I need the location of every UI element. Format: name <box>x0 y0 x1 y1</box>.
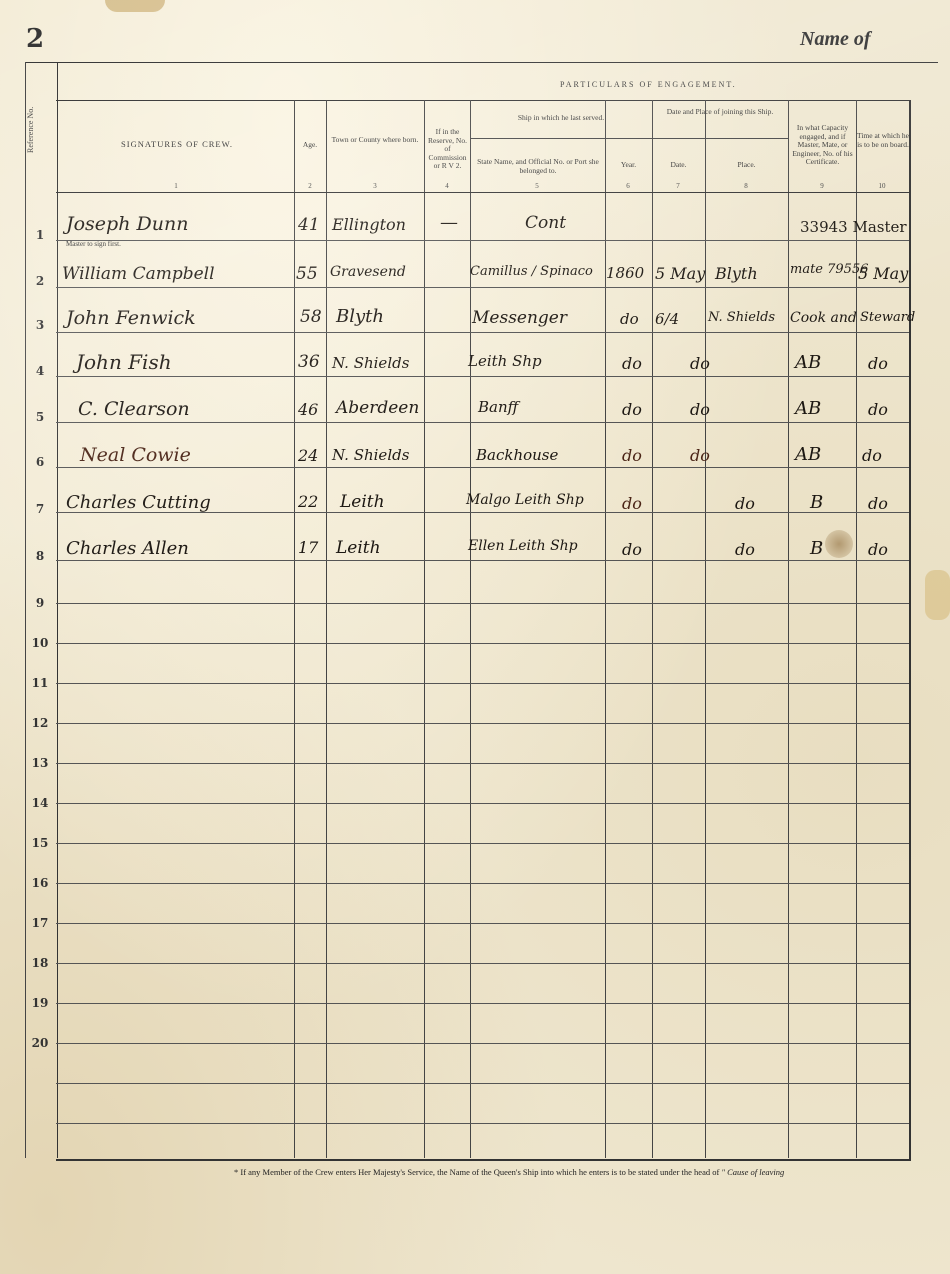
crew-signature: William Campbell <box>62 264 215 284</box>
crew-place: do <box>735 540 755 559</box>
edge-stain <box>925 570 950 620</box>
header-date: Date. <box>652 161 705 170</box>
crew-time: Steward <box>860 310 915 325</box>
row-rule <box>56 763 909 764</box>
col-number: 3 <box>365 182 385 190</box>
row-number: 2 <box>28 274 52 288</box>
crew-ship: Malgo Leith Shp <box>466 492 584 508</box>
section-title: PARTICULARS OF ENGAGEMENT. <box>560 80 737 89</box>
crew-age: 17 <box>298 538 318 557</box>
row-rule <box>56 467 909 468</box>
crew-signature: C. Clearson <box>78 398 190 420</box>
footnote-text: * If any Member of the Crew enters Her M… <box>234 1167 719 1177</box>
crew-age: 24 <box>298 446 318 465</box>
col-number: 5 <box>527 182 547 190</box>
crew-year: do <box>620 310 639 328</box>
crew-time: do <box>868 540 888 559</box>
crew-born: Leith <box>336 538 381 558</box>
crew-time: 5 May <box>858 264 908 283</box>
paper-stain <box>105 0 165 12</box>
header-reserve: If in the Reserve, No. of Commission or … <box>425 128 470 171</box>
row-number: 8 <box>28 549 52 563</box>
header-capacity: In what Capacity engaged, and if Master,… <box>789 124 856 167</box>
row-rule <box>56 803 909 804</box>
row-rule <box>56 287 909 288</box>
col-number: 7 <box>668 182 688 190</box>
crew-ship: Leith Shp <box>468 352 542 370</box>
header-age: Age. <box>294 141 326 150</box>
crew-date: do <box>622 354 642 373</box>
crew-capacity: 33943 Master <box>800 218 907 236</box>
row-rule <box>56 1003 909 1004</box>
crew-signature: John Fish <box>76 350 172 374</box>
row-rule <box>56 683 909 684</box>
col-number: 1 <box>166 182 186 190</box>
reference-no-label: Reference No. <box>26 100 54 160</box>
row-rule <box>56 843 909 844</box>
crew-born: Ellington <box>332 215 406 234</box>
crew-reserve: — <box>440 212 458 233</box>
header-ship-last-served: Ship in which he last served. <box>470 114 652 123</box>
crew-ship: Backhouse <box>476 446 558 464</box>
name-of-heading: Name of <box>800 28 871 51</box>
row-number: 18 <box>28 956 52 970</box>
row-rule <box>56 560 909 561</box>
row-rule <box>56 332 909 333</box>
crew-place: do <box>690 400 710 419</box>
col-divider <box>424 100 425 1158</box>
col-number: 6 <box>618 182 638 190</box>
row-rule <box>56 1123 909 1124</box>
master-sign-first-note: Master to sign first. <box>66 240 121 248</box>
crew-year: 1860 <box>606 264 644 282</box>
crew-age: 41 <box>298 215 320 235</box>
crew-age: 58 <box>300 307 322 327</box>
row-number: 6 <box>28 455 52 469</box>
col-number: 8 <box>736 182 756 190</box>
crew-capacity: B <box>810 538 823 559</box>
group-rule <box>470 138 652 139</box>
row-rule <box>56 1083 909 1084</box>
crew-age: 22 <box>298 492 318 511</box>
top-rule <box>26 62 938 63</box>
crew-place: Blyth <box>715 264 758 283</box>
crew-ship: Camillus / Spinaco <box>470 264 593 279</box>
row-number: 14 <box>28 796 52 810</box>
row-number: 3 <box>28 318 52 332</box>
col-divider <box>705 100 706 1158</box>
group-rule <box>652 138 788 139</box>
crew-born: Blyth <box>336 306 384 327</box>
header-ship-name: State Name, and Official No. or Port she… <box>474 158 602 175</box>
row-rule <box>56 376 909 377</box>
ink-blot <box>825 530 853 558</box>
page-number: 2 <box>26 24 44 54</box>
crew-age: 55 <box>296 264 318 284</box>
col-divider <box>294 100 295 1158</box>
header-year: Year. <box>605 161 652 170</box>
crew-date: 6/4 <box>655 310 679 328</box>
crew-ship: Cont <box>525 213 566 233</box>
crew-ship: Banff <box>478 398 518 416</box>
row-number: 5 <box>28 410 52 424</box>
row-rule <box>56 643 909 644</box>
crew-born: N. Shields <box>332 354 409 372</box>
col-number: 9 <box>812 182 832 190</box>
row-rule <box>56 883 909 884</box>
crew-capacity: AB <box>795 398 821 419</box>
row-number: 1 <box>28 228 52 242</box>
footnote: * If any Member of the Crew enters Her M… <box>234 1167 784 1177</box>
header-place: Place. <box>705 161 788 170</box>
crew-date: do <box>622 400 642 419</box>
crew-signature: Neal Cowie <box>80 444 191 466</box>
crew-capacity: Cook and <box>790 310 857 326</box>
col-divider <box>605 100 606 1158</box>
crew-signature: Joseph Dunn <box>66 213 188 235</box>
row-number: 9 <box>28 596 52 610</box>
col-divider <box>856 100 857 1158</box>
row-number: 10 <box>28 636 52 650</box>
crew-ship: Messenger <box>472 308 567 328</box>
row-number: 4 <box>28 364 52 378</box>
col-number: 10 <box>872 182 892 190</box>
crew-capacity: mate 79556 <box>790 262 868 277</box>
crew-time: do <box>868 494 888 513</box>
row-rule <box>56 422 909 423</box>
row-rule <box>56 923 909 924</box>
col-divider <box>788 100 789 1158</box>
footnote-italic: " Cause of leaving <box>721 1167 784 1177</box>
crew-table <box>56 100 911 1161</box>
crew-capacity: AB <box>795 352 821 373</box>
crew-place: do <box>690 354 710 373</box>
row-number: 17 <box>28 916 52 930</box>
crew-signature: Charles Allen <box>66 538 189 559</box>
row-number: 11 <box>28 676 52 690</box>
row-number: 13 <box>28 756 52 770</box>
col-number: 4 <box>437 182 457 190</box>
crew-date: do <box>622 494 642 513</box>
header-bottom-rule <box>56 192 909 193</box>
crew-place: N. Shields <box>708 310 775 325</box>
crew-capacity: B <box>810 492 823 513</box>
crew-born: Leith <box>340 492 385 512</box>
crew-date: do <box>622 540 642 559</box>
col-divider <box>470 100 471 1158</box>
row-rule <box>56 963 909 964</box>
crew-time: do <box>868 354 888 373</box>
col-divider <box>652 100 653 1158</box>
row-rule <box>56 603 909 604</box>
reference-column <box>25 62 58 1158</box>
col-divider <box>326 100 327 1158</box>
row-rule <box>56 240 909 241</box>
header-time-on-board: Time at which he is to be on board. <box>857 132 909 149</box>
crew-age: 36 <box>298 352 320 372</box>
crew-signature: Charles Cutting <box>66 492 211 513</box>
crew-born: Gravesend <box>330 264 406 280</box>
row-number: 7 <box>28 502 52 516</box>
header-date-place-joining: Date and Place of joining this Ship. <box>652 108 788 117</box>
row-number: 19 <box>28 996 52 1010</box>
crew-date: 5 May <box>655 264 705 283</box>
header-signatures: SIGNATURES OF CREW. <box>60 140 294 149</box>
col-number: 2 <box>300 182 320 190</box>
row-number: 15 <box>28 836 52 850</box>
row-rule <box>56 723 909 724</box>
crew-born: N. Shields <box>332 446 409 464</box>
crew-born: Aberdeen <box>336 398 419 418</box>
crew-capacity: AB <box>795 444 821 465</box>
row-number: 20 <box>28 1036 52 1050</box>
row-number: 12 <box>28 716 52 730</box>
crew-time: do <box>868 400 888 419</box>
crew-ship: Ellen Leith Shp <box>468 538 578 554</box>
crew-date: do <box>622 446 642 465</box>
crew-place: do <box>735 494 755 513</box>
row-number: 16 <box>28 876 52 890</box>
header-town-born: Town or County where born. <box>328 136 422 145</box>
crew-place: do <box>690 446 710 465</box>
crew-time: do <box>862 446 882 465</box>
row-rule <box>56 1043 909 1044</box>
crew-age: 46 <box>298 400 318 419</box>
crew-signature: John Fenwick <box>66 307 196 329</box>
